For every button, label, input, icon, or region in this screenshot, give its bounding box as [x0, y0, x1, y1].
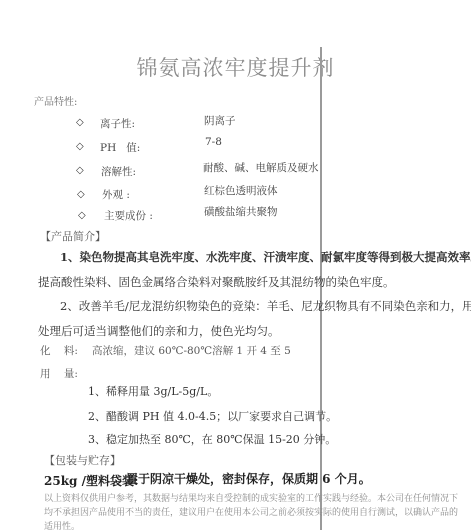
diamond-bullet-icon: ◇ — [76, 141, 84, 152]
packaging-label: 25kg /塑料袋装: — [44, 472, 138, 489]
dosage-item-3: 3、稳定加热至 80℃，在 80℃保温 15-20 分钟。 — [88, 431, 336, 447]
property-value: 磺酸盐缩共聚物 — [204, 204, 278, 219]
property-value: 7-8 — [205, 136, 222, 148]
intro-paragraph-1-line-1: 1、染色物提高其皂洗牢度、水洗牢度、汗渍牢度、耐氯牢度等得到极大提高效率。用于 — [60, 249, 471, 265]
property-label: PH 值: — [100, 140, 140, 155]
property-value: 耐酸、碱、电解质及硬水 — [203, 160, 319, 175]
dissolve-label: 化 料: — [40, 343, 78, 358]
diamond-bullet-icon: ◇ — [77, 189, 85, 200]
property-value: 红棕色透明液体 — [204, 183, 278, 198]
property-label: 溶解性: — [101, 164, 136, 179]
disclaimer-line-1: 以上资料仅供用户参考，其数据与结果均来自受控制的成实验室的工作实践与经验。本公司… — [44, 491, 458, 504]
diamond-bullet-icon: ◇ — [76, 117, 84, 128]
dosage-label: 用 量: — [40, 366, 78, 381]
diamond-bullet-icon: ◇ — [76, 165, 84, 176]
property-label: 主要成份 : — [104, 208, 153, 223]
intro-heading: 【产品简介】 — [40, 228, 106, 244]
dosage-item-2: 2、醋酸调 PH 值 4.0-4.5；以厂家要求自己调节。 — [88, 408, 337, 424]
property-label: 离子性: — [100, 116, 135, 131]
packaging-heading: 【包装与贮存】 — [44, 452, 121, 468]
property-label: 外观 : — [102, 187, 130, 202]
dissolve-text: 高浓缩，建议 60℃-80℃溶解 1 开 4 至 5 — [92, 343, 291, 358]
disclaimer-line-2: 均不承担因产品使用不当的责任，建议用户在使用本公司之前必须按实际的使用自行测试，… — [44, 505, 458, 518]
intro-paragraph-2-line-2: 处理后可适当调整他们的亲和力，使色光均匀。 — [38, 323, 280, 339]
disclaimer-line-3: 适用性。 — [44, 519, 80, 530]
properties-heading: 产品特性: — [34, 93, 77, 108]
document-title: 锦氨高浓牢度提升剂 — [0, 52, 471, 82]
intro-paragraph-2-line-1: 2、改善羊毛/尼龙混纺织物染色的竞染：羊毛、尼龙织物具有不同染色亲和力，用预先 — [60, 298, 471, 314]
intro-paragraph-1-line-2: 提高酸性染料、固色金属络合染料对聚酰胺纤及其混纺物的染色牢度。 — [38, 274, 395, 290]
diamond-bullet-icon: ◇ — [78, 210, 86, 221]
packaging-text: 置于阴凉干燥处，密封保存，保质期 6 个月。 — [126, 470, 371, 487]
dosage-item-1: 1、稀释用量 3g/L-5g/L。 — [88, 383, 218, 399]
property-value: 阴离子 — [204, 113, 236, 128]
